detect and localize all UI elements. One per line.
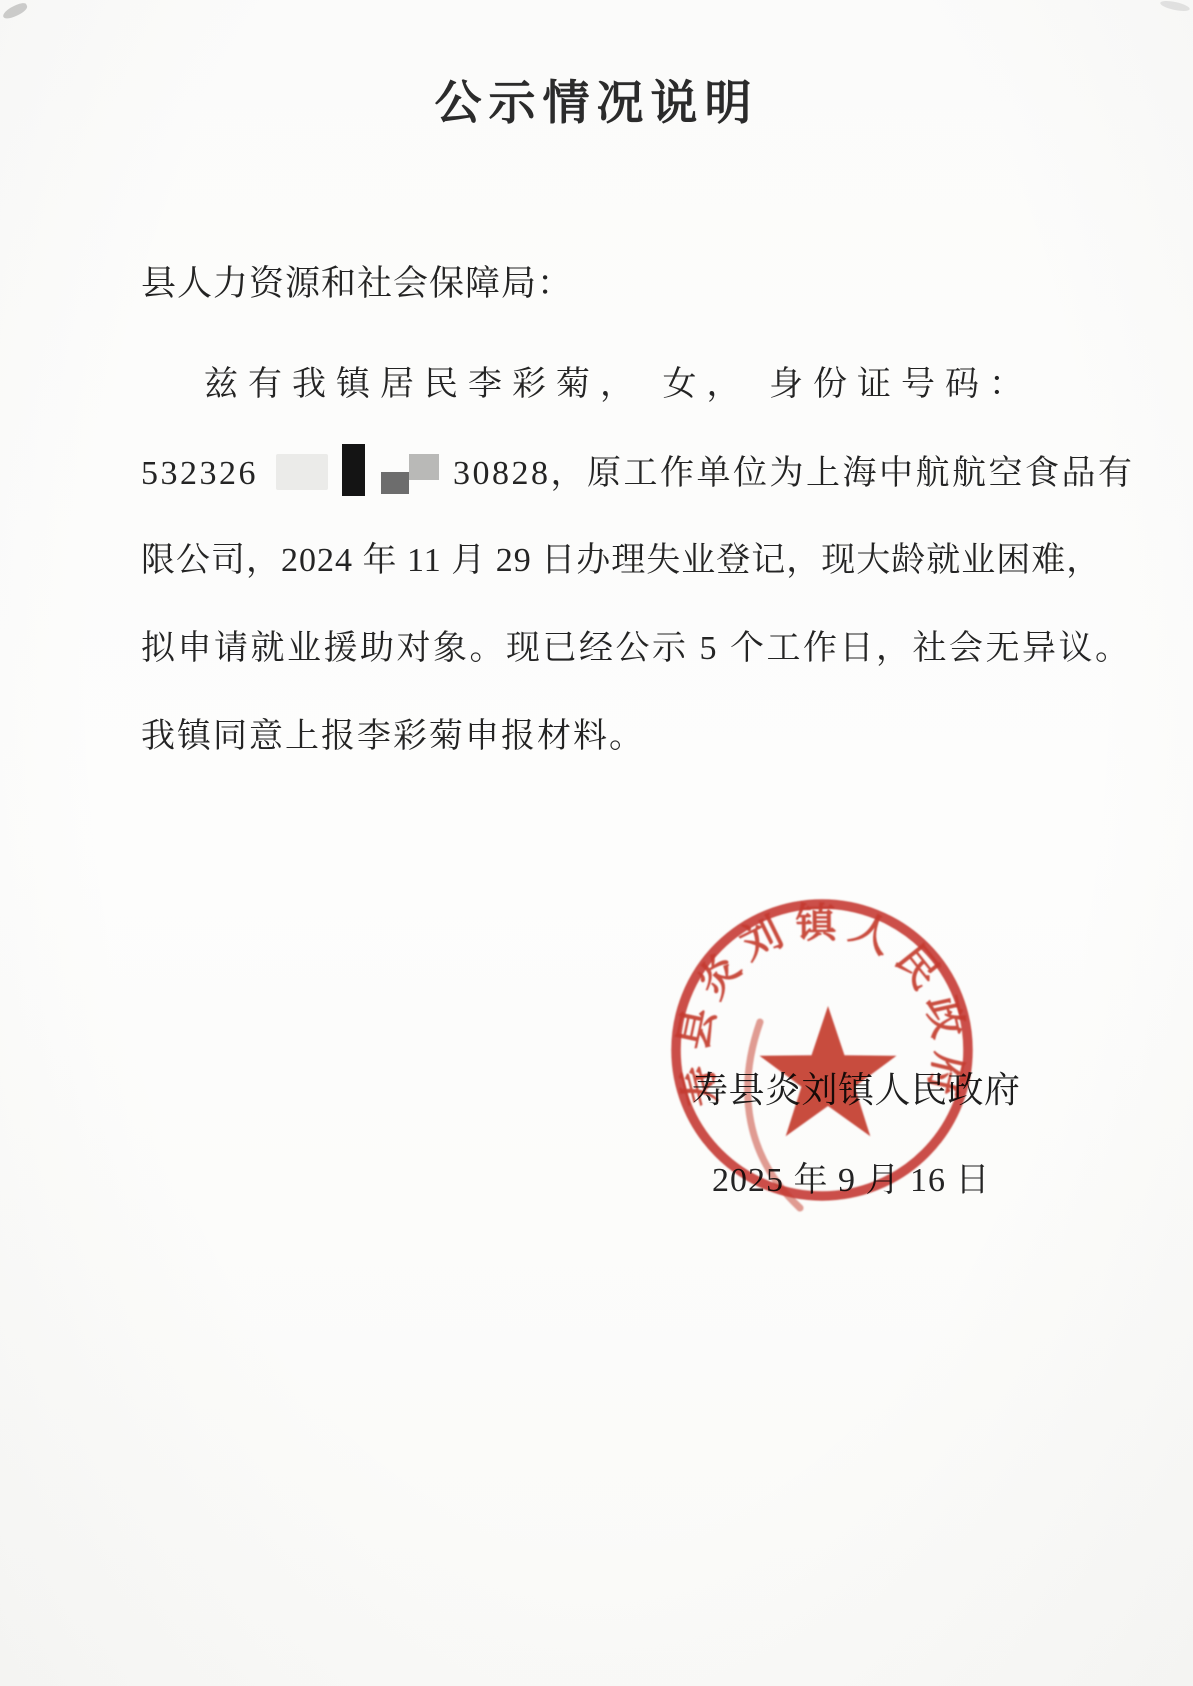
id-number-prefix: 532326 (141, 455, 258, 492)
document-title: 公示情况说明 (0, 66, 1193, 133)
body-line-2: 53232630828，原工作单位为上海中航航空食品有 (141, 444, 1066, 496)
stamp-star-icon (760, 1006, 897, 1136)
id-number-suffix: 30828，原工作单位为上海中航航空食品有 (453, 455, 1135, 492)
body-line-3: 限公司，2024 年 11 月 29 日办理失业登记，现大龄就业困难， (141, 532, 1066, 581)
addressee-line: 县人力资源和社会保障局： (141, 256, 573, 306)
official-seal-stamp: 寿县炎刘镇人民政府 (640, 868, 1016, 1244)
body-line-5: 我镇同意上报李彩菊申报材料。 (141, 708, 1066, 757)
redaction-block-light (276, 454, 328, 490)
body-line-1: 兹有我镇居民李彩菊， 女， 身份证号码： (141, 356, 1129, 405)
scanned-document-page: 公示情况说明 县人力资源和社会保障局： 兹有我镇居民李彩菊， 女， 身份证号码：… (0, 0, 1193, 1686)
body-line-4: 拟申请就业援助对象。现已经公示 5 个工作日，社会无异议。 (141, 620, 1066, 669)
scan-artifact-top-left (1, 1, 29, 21)
redaction-block-black (342, 444, 365, 496)
id-redaction (276, 444, 439, 496)
scan-artifact-top-right (1159, 0, 1190, 13)
redaction-block-gray (381, 448, 439, 496)
